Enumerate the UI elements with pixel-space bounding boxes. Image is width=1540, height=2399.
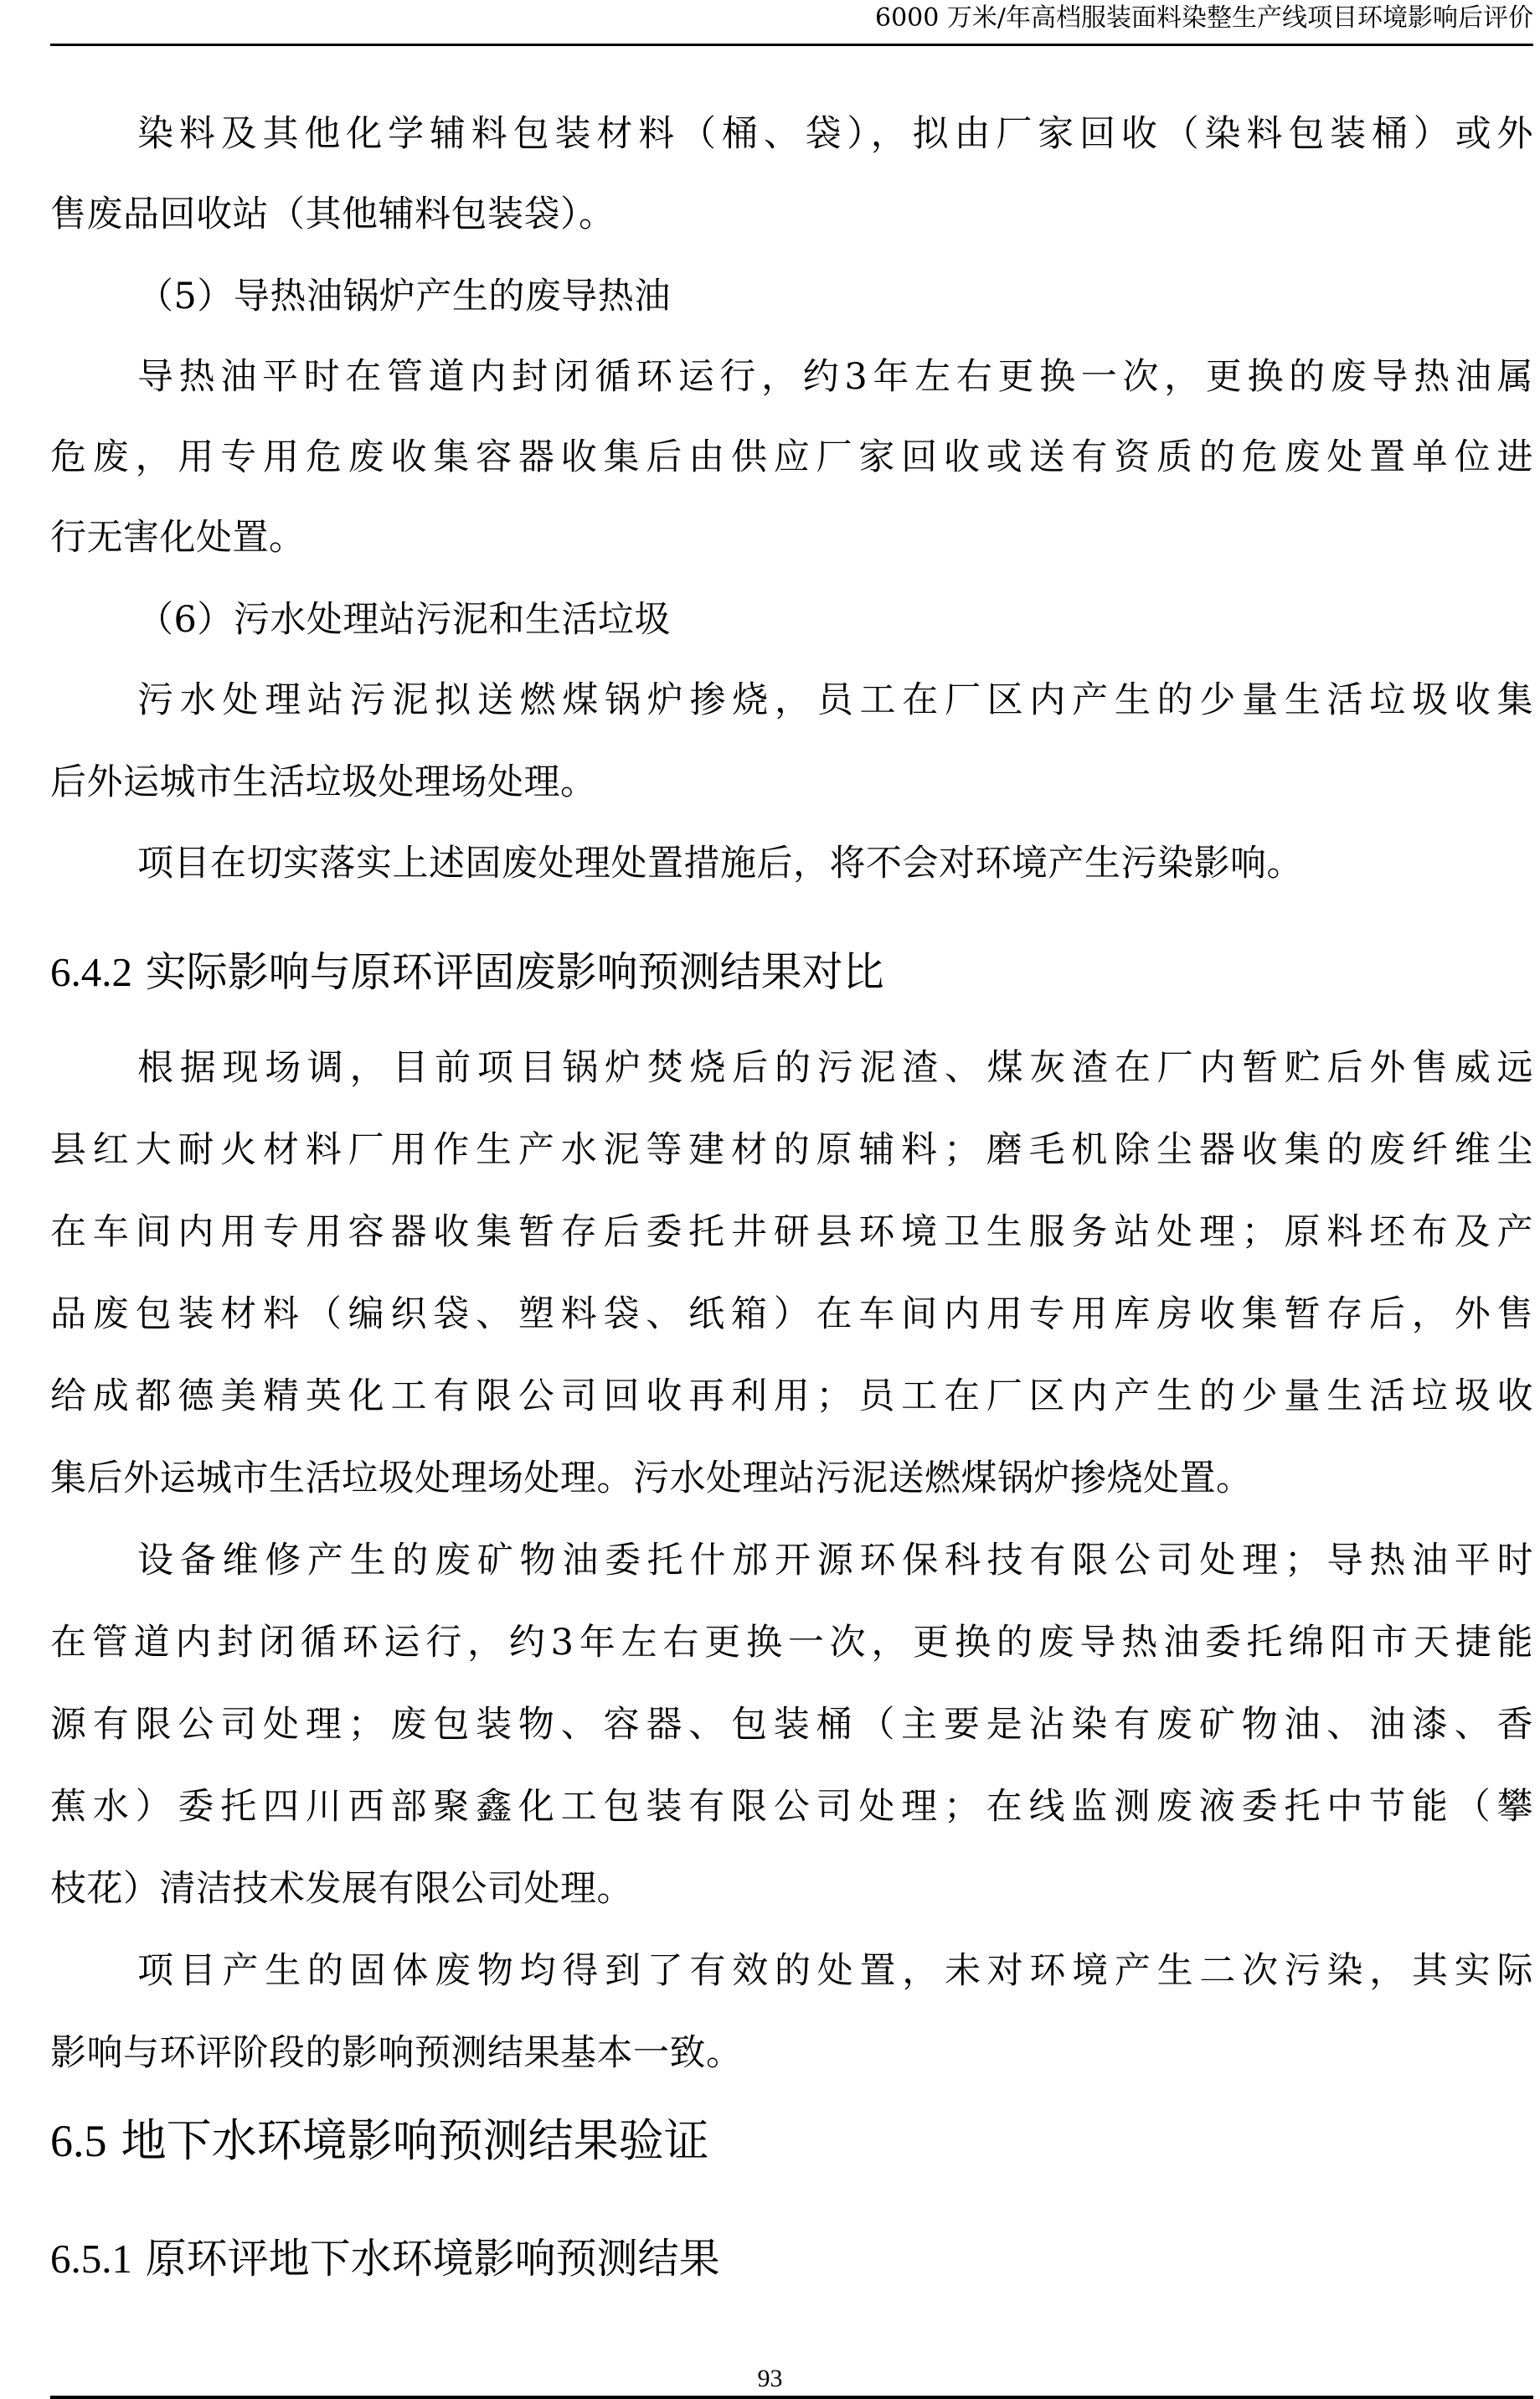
subheading-waste-heat-oil: （5）导热油锅炉产生的废导热油 bbox=[50, 273, 1533, 320]
paragraph-line: 蕉水）委托四川西部聚鑫化工包装有限公司处理；在线监测废液委托中节能（攀 bbox=[50, 1783, 1533, 1830]
paragraph-line: 项目在切实落实上述固废处理处置措施后，将不会对环境产生污染影响。 bbox=[50, 840, 1533, 887]
section-heading-6-5-1: 6.5.1 原环评地下水环境影响预测结果 bbox=[50, 2234, 720, 2284]
page-header: 6000 万米/年高档服装面料染整生产线项目环境影响后评价 bbox=[50, 0, 1533, 46]
section-title: 实际影响与原环评固废影响预测结果对比 bbox=[146, 948, 884, 996]
section-number: 6.5 bbox=[50, 2116, 107, 2166]
section-number: 6.4.2 bbox=[50, 949, 132, 995]
paragraph-line: 售废品回收站（其他辅料包装袋）。 bbox=[50, 191, 1533, 238]
paragraph-line: 危废，用专用危废收集容器收集后由供应厂家回收或送有资质的危废处置单位进 bbox=[50, 434, 1533, 481]
section-title: 地下水环境影响预测结果验证 bbox=[121, 2114, 709, 2167]
paragraph-line: 后外运城市生活垃圾处理场处理。 bbox=[50, 759, 1533, 806]
page-number: 93 bbox=[0, 2364, 1540, 2394]
paragraph-line: 影响与环评阶段的影响预测结果基本一致。 bbox=[50, 2030, 1533, 2077]
paragraph-line: 项目产生的固体废物均得到了有效的处置，未对环境产生二次污染，其实际 bbox=[50, 1948, 1533, 1994]
paragraph-line: 染料及其他化学辅料包装材料（桶、袋），拟由厂家回收（染料包装桶）或外 bbox=[50, 111, 1533, 157]
paragraph-line: 集后外运城市生活垃圾处理场处理。污水处理站污泥送燃煤锅炉掺烧处置。 bbox=[50, 1455, 1533, 1502]
paragraph-line: 行无害化处置。 bbox=[50, 514, 1533, 561]
paragraph-line: 品废包装材料（编织袋、塑料袋、纸箱）在车间内用专用库房收集暂存后，外售 bbox=[50, 1291, 1533, 1338]
paragraph-line: 枝花）清洁技术发展有限公司处理。 bbox=[50, 1865, 1533, 1912]
paragraph-line: 导热油平时在管道内封闭循环运行，约3年左右更换一次，更换的废导热油属 bbox=[50, 353, 1533, 400]
document-title: 6000 万米/年高档服装面料染整生产线项目环境影响后评价 bbox=[875, 3, 1533, 33]
paragraph-line: 源有限公司处理；废包装物、容器、包装桶（主要是沾染有废矿物油、油漆、香 bbox=[50, 1701, 1533, 1748]
paragraph-line: 设备维修产生的废矿物油委托什邡开源环保科技有限公司处理；导热油平时 bbox=[50, 1537, 1533, 1584]
paragraph-line: 根据现场调，目前项目锅炉焚烧后的污泥渣、煤灰渣在厂内暂贮后外售威远 bbox=[50, 1045, 1533, 1091]
paragraph-line: 污水处理站污泥拟送燃煤锅炉掺烧，员工在厂区内产生的少量生活垃圾收集 bbox=[50, 677, 1533, 724]
section-heading-6-5: 6.5 地下水环境影响预测结果验证 bbox=[50, 2113, 709, 2169]
paragraph-line: 在车间内用专用容器收集暂存后委托井研县环境卫生服务站处理；原料坯布及产 bbox=[50, 1209, 1533, 1256]
section-title: 原环评地下水环境影响预测结果 bbox=[146, 2235, 720, 2283]
paragraph-line: 给成都德美精英化工有限公司回收再利用；员工在厂区内产生的少量生活垃圾收 bbox=[50, 1373, 1533, 1420]
paragraph-line: 县红大耐火材料厂用作生产水泥等建材的原辅料；磨毛机除尘器收集的废纤维尘 bbox=[50, 1127, 1533, 1174]
paragraph-line: 在管道内封闭循环运行，约3年左右更换一次，更换的废导热油委托绵阳市天捷能 bbox=[50, 1619, 1533, 1666]
subheading-sludge-garbage: （6）污水处理站污泥和生活垃圾 bbox=[50, 596, 1533, 643]
section-heading-6-4-2: 6.4.2 实际影响与原环评固废影响预测结果对比 bbox=[50, 947, 884, 998]
section-number: 6.5.1 bbox=[50, 2236, 132, 2282]
footer-rule bbox=[50, 2396, 1533, 2399]
